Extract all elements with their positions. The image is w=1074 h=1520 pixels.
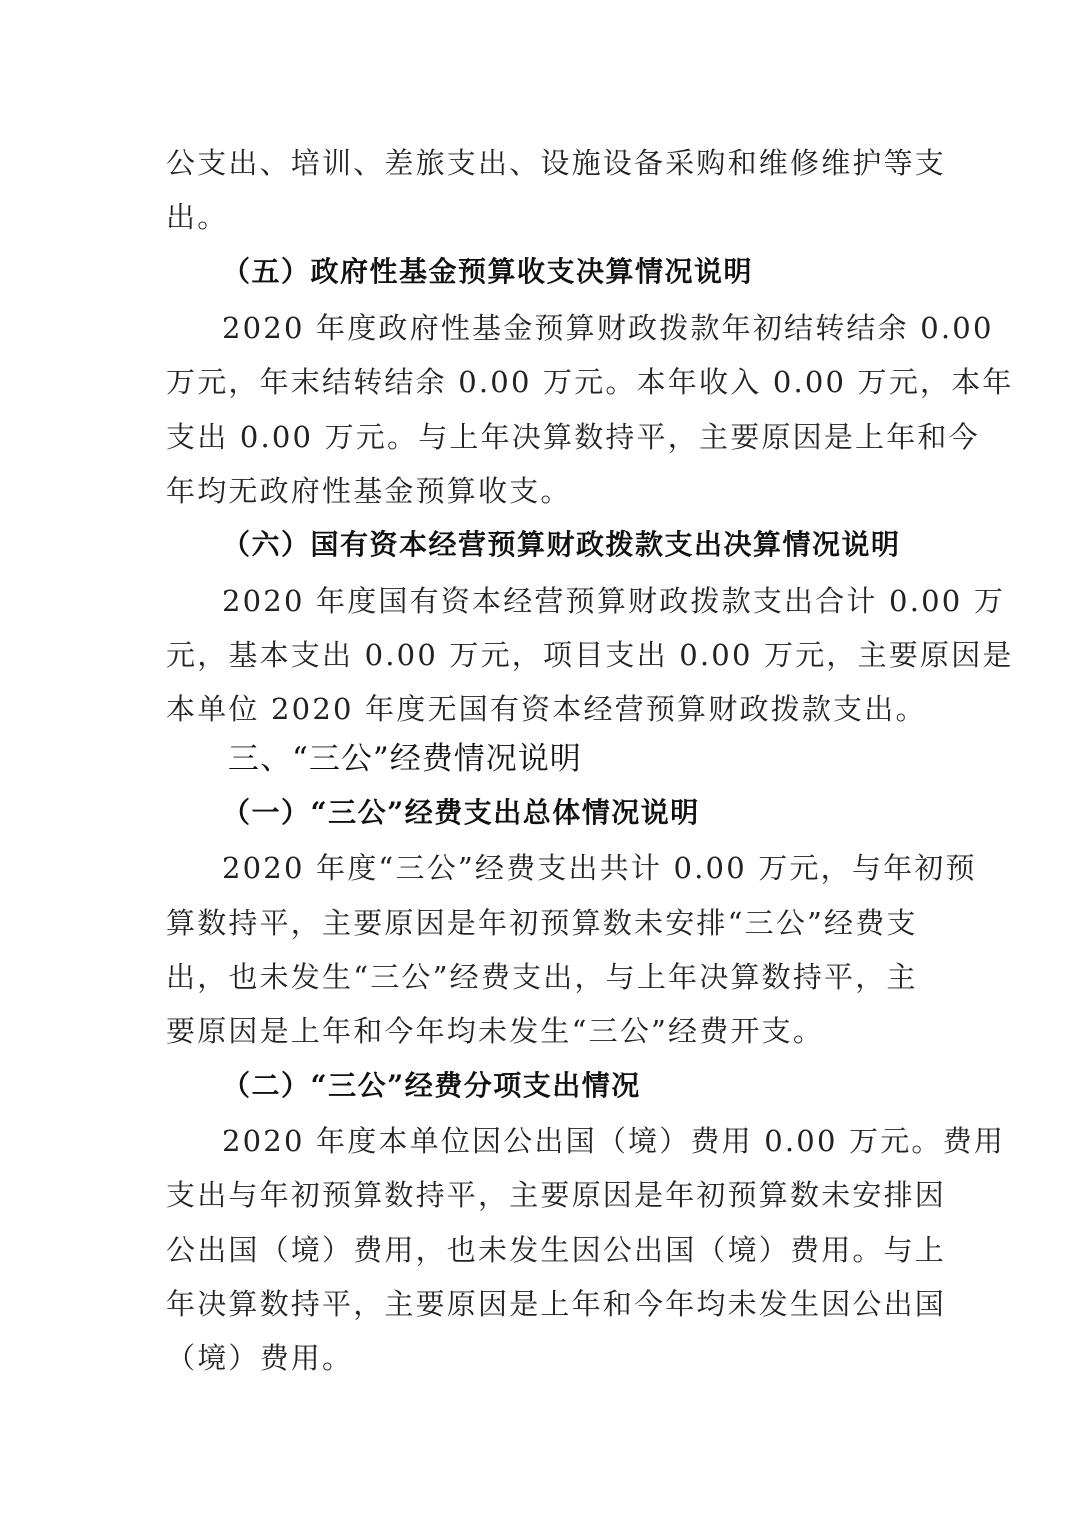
paragraph-line: 出。 (166, 197, 906, 237)
paragraph-line: 元，基本支出 0.00 万元，项目支出 0.00 万元，主要原因是 (166, 635, 906, 675)
section-heading-6: （六）国有资本经营预算财政拨款支出决算情况说明 (222, 525, 901, 565)
paragraph-line: 公支出、培训、差旅支出、设施设备采购和维修维护等支 (166, 143, 906, 183)
paragraph-line: 出，也未发生“三公”经费支出，与上年决算数持平，主 (166, 957, 906, 997)
document-page: 公支出、培训、差旅支出、设施设备采购和维修维护等支 出。 （五）政府性基金预算收… (0, 0, 1074, 1520)
paragraph-line: 要原因是上年和今年均未发生“三公”经费开支。 (166, 1011, 906, 1051)
paragraph-line: 2020 年度国有资本经营预算财政拨款支出合计 0.00 万 (222, 581, 962, 621)
paragraph-line: 算数持平，主要原因是年初预算数未安排“三公”经费支 (166, 903, 906, 943)
paragraph-line: 年均无政府性基金预算收支。 (166, 471, 906, 511)
section-heading-2: （二）“三公”经费分项支出情况 (222, 1066, 641, 1106)
paragraph-line: （境）费用。 (166, 1338, 906, 1378)
paragraph-line: 2020 年度政府性基金预算财政拨款年初结转结余 0.00 (222, 308, 962, 348)
paragraph-line: 公出国（境）费用，也未发生因公出国（境）费用。与上 (166, 1230, 906, 1270)
section-heading-5: （五）政府性基金预算收支决算情况说明 (222, 252, 753, 292)
paragraph-line: 2020 年度“三公”经费支出共计 0.00 万元，与年初预 (222, 848, 962, 888)
paragraph-line: 支出与年初预算数持平，主要原因是年初预算数未安排因 (166, 1175, 906, 1215)
paragraph-line: 本单位 2020 年度无国有资本经营预算财政拨款支出。 (166, 689, 906, 729)
paragraph-line: 2020 年度本单位因公出国（境）费用 0.00 万元。费用 (222, 1121, 962, 1161)
section-heading-1: （一）“三公”经费支出总体情况说明 (222, 793, 700, 833)
paragraph-line: 支出 0.00 万元。与上年决算数持平，主要原因是上年和今 (166, 417, 906, 457)
paragraph-line: 年决算数持平，主要原因是上年和今年均未发生因公出国 (166, 1284, 906, 1324)
chapter-heading-3: 三、“三公”经费情况说明 (228, 737, 582, 781)
paragraph-line: 万元，年末结转结余 0.00 万元。本年收入 0.00 万元，本年 (166, 362, 906, 402)
